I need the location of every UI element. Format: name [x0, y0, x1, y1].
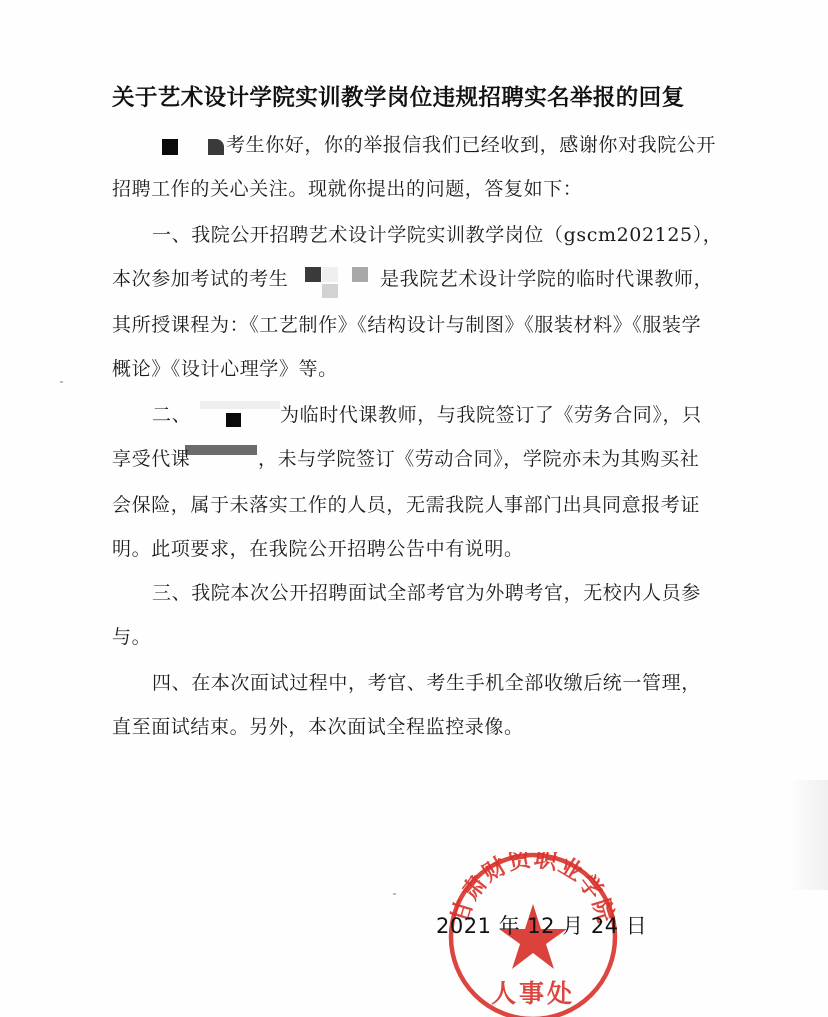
greeting-line-1: 考生你好，你的举报信我们已经收到，感谢你对我院公开 — [226, 130, 716, 157]
redaction-block — [185, 445, 257, 455]
paragraph-2-line-1-prefix: 二、 — [152, 400, 191, 427]
scan-shadow — [788, 780, 828, 890]
paragraph-1-line-2-suffix: 是我院艺术设计学院的临时代课教师， — [380, 264, 713, 291]
paragraph-2-line-1-suffix: 为临时代课教师，与我院签订了《劳务合同》，只 — [280, 400, 702, 427]
redaction-block — [322, 284, 338, 298]
redaction-block — [305, 267, 321, 282]
paragraph-2-line-3: 会保险，属于未落实工作的人员，无需我院人事部门出具同意报考证 — [112, 490, 700, 517]
paragraph-4-line-1: 四、在本次面试过程中，考官、考生手机全部收缴后统一管理， — [152, 668, 701, 695]
redaction-block — [208, 139, 224, 155]
redaction-block — [162, 139, 178, 155]
paragraph-2-line-2-prefix: 享受代课 — [112, 444, 190, 471]
paragraph-4-line-2: 直至面试结束。另外，本次面试全程监控录像。 — [112, 712, 524, 739]
paragraph-3-line-2: 与。 — [112, 622, 151, 649]
document-page: 关于艺术设计学院实训教学岗位违规招聘实名举报的回复 考生你好，你的举报信我们已经… — [0, 0, 828, 1017]
paragraph-1-line-4: 概论》《设计心理学》等。 — [112, 354, 338, 381]
scan-speck — [60, 381, 63, 383]
document-title: 关于艺术设计学院实训教学岗位违规招聘实名举报的回复 — [112, 80, 722, 112]
paragraph-2-line-4: 明。此项要求，在我院公开招聘公告中有说明。 — [112, 534, 524, 561]
paragraph-1-line-2-prefix: 本次参加考试的考生 — [112, 264, 288, 291]
seal-center-text: 人事处 — [491, 979, 575, 1008]
redaction-block — [200, 401, 280, 409]
redaction-block — [226, 413, 241, 427]
redaction-block — [352, 267, 368, 282]
scan-speck — [393, 893, 396, 895]
paragraph-3-line-1: 三、我院本次公开招聘面试全部考官为外聘考官，无校内人员参 — [152, 578, 701, 605]
paragraph-1-line-1: 一、我院公开招聘艺术设计学院实训教学岗位（gscm202125）， — [152, 220, 722, 247]
paragraph-1-line-3: 其所授课程为：《工艺制作》《结构设计与制图》《服装材料》《服装学 — [112, 310, 701, 337]
greeting-line-2: 招聘工作的关心关注。现就你提出的问题，答复如下： — [112, 174, 582, 201]
paragraph-2-line-2-suffix: ，未与学院签订《劳动合同》，学院亦未为其购买社 — [258, 444, 699, 471]
signature-date: 2021 年 12 月 24 日 — [436, 910, 647, 940]
redaction-block — [322, 267, 338, 282]
